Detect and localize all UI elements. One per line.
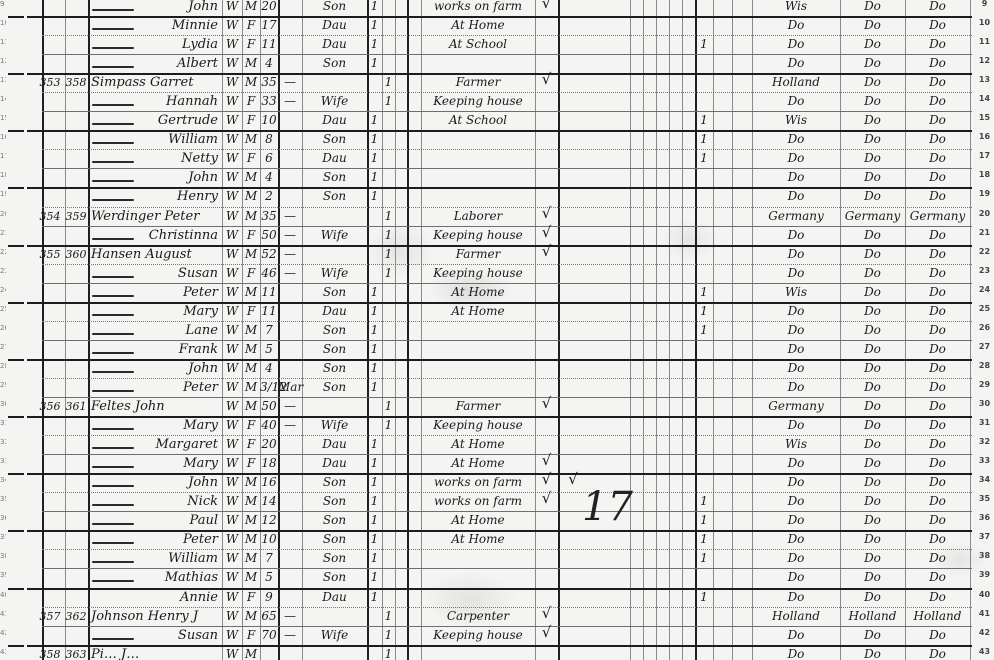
father-birthplace-cell: Germany (840, 207, 905, 226)
person-name: Susan (120, 264, 218, 283)
line-number: 28 (975, 359, 994, 378)
married-cell (382, 435, 395, 454)
dwelling-cell (36, 473, 64, 492)
person-name: Mary (120, 302, 218, 321)
age-cell: 33 (260, 92, 278, 111)
relation-cell (302, 207, 367, 226)
sex-cell: F (242, 149, 260, 168)
married-cell: 1 (382, 397, 395, 416)
age-cell: 5 (260, 568, 278, 587)
single-cell (367, 626, 382, 645)
family-cell (62, 168, 90, 187)
person-name: Nick (120, 492, 218, 511)
month-cell: — (278, 264, 302, 283)
sickness-cell (558, 245, 588, 264)
relation-cell: Son (302, 283, 367, 302)
color-cell: W (222, 435, 242, 454)
dwelling-cell: 357 (36, 607, 64, 626)
occupation-cell: At Home (421, 454, 535, 473)
left-line-number: 17 (0, 149, 6, 168)
birthplace-cell: Do (752, 264, 840, 283)
dwelling-cell (36, 511, 64, 530)
month-cell (278, 0, 302, 16)
relation-cell: Son (302, 187, 367, 206)
school-cell: 1 (695, 321, 713, 340)
line-number: 13 (975, 73, 994, 92)
sickness-cell (558, 588, 588, 607)
dwelling-cell (36, 568, 64, 587)
month-cell (278, 340, 302, 359)
single-cell (367, 226, 382, 245)
family-cell (62, 226, 90, 245)
left-line-number: 37 (0, 530, 6, 549)
dwelling-cell (36, 111, 64, 130)
sex-cell: M (242, 359, 260, 378)
school-cell (695, 359, 713, 378)
month-cell (278, 588, 302, 607)
relation-cell: Wife (302, 226, 367, 245)
sickness-cell (558, 397, 588, 416)
census-row: 3434JohnWM16Son1works on farm√√DoDoDo (0, 473, 994, 492)
left-line-number: 20 (0, 207, 6, 226)
left-line-number: 41 (0, 607, 6, 626)
month-cell: — (278, 207, 302, 226)
married-cell (382, 454, 395, 473)
occupation-cell (421, 588, 535, 607)
line-number: 16 (975, 130, 994, 149)
sex-cell: M (242, 54, 260, 73)
father-birthplace-cell: Do (840, 73, 905, 92)
mother-birthplace-cell: Do (905, 530, 970, 549)
color-cell: W (222, 454, 242, 473)
census-row: 2828JohnWM4Son1DoDoDo (0, 359, 994, 378)
dwelling-cell (36, 149, 64, 168)
census-row: 3030Feltes John356361WM50—1Farmer√German… (0, 397, 994, 416)
month-cell (278, 568, 302, 587)
color-cell: W (222, 245, 242, 264)
relation-cell: Son (302, 0, 367, 16)
color-cell: W (222, 588, 242, 607)
person-name: Lane (120, 321, 218, 340)
month-cell (278, 435, 302, 454)
color-cell: W (222, 492, 242, 511)
school-cell: 1 (695, 530, 713, 549)
single-cell (367, 264, 382, 283)
sickness-cell (558, 207, 588, 226)
sickness-cell (558, 54, 588, 73)
birthplace-cell: Do (752, 92, 840, 111)
mark-cell (535, 149, 558, 168)
father-birthplace-cell: Do (840, 588, 905, 607)
mark-cell (535, 92, 558, 111)
dwelling-cell (36, 549, 64, 568)
school-cell (695, 473, 713, 492)
census-row: 4141Johnson Henry J357362WM65—1Carpenter… (0, 607, 994, 626)
color-cell: W (222, 645, 242, 660)
single-cell: 1 (367, 168, 382, 187)
sex-cell: F (242, 454, 260, 473)
birthplace-cell: Do (752, 321, 840, 340)
school-cell: 1 (695, 283, 713, 302)
school-cell: 1 (695, 130, 713, 149)
school-cell (695, 378, 713, 397)
left-line-number: 31 (0, 416, 6, 435)
mark-cell: √ (535, 492, 558, 511)
census-row: 1010MinnieWF17Dau1At HomeDoDoDo (0, 16, 994, 35)
occupation-cell: Laborer (421, 207, 535, 226)
age-cell: 7 (260, 549, 278, 568)
mother-birthplace-cell: Do (905, 473, 970, 492)
age-cell: 14 (260, 492, 278, 511)
school-cell (695, 416, 713, 435)
single-cell: 1 (367, 359, 382, 378)
married-cell (382, 549, 395, 568)
left-line-number: 12 (0, 54, 6, 73)
mark-cell (535, 168, 558, 187)
occupation-cell: At Home (421, 435, 535, 454)
occupation-cell: At Home (421, 530, 535, 549)
relation-cell: Dau (302, 35, 367, 54)
month-cell: — (278, 626, 302, 645)
birthplace-cell: Do (752, 568, 840, 587)
person-name: William (120, 130, 218, 149)
age-cell: 8 (260, 130, 278, 149)
color-cell: W (222, 283, 242, 302)
color-cell: W (222, 92, 242, 111)
family-cell (62, 264, 90, 283)
color-cell: W (222, 168, 242, 187)
left-line-number: 9 (0, 0, 6, 16)
relation-cell: Dau (302, 302, 367, 321)
sickness-cell (558, 302, 588, 321)
month-cell: — (278, 607, 302, 626)
line-number: 42 (975, 626, 994, 645)
month-cell (278, 130, 302, 149)
mother-birthplace-cell: Do (905, 16, 970, 35)
line-number: 26 (975, 321, 994, 340)
person-name: Mary (120, 416, 218, 435)
age-cell: 70 (260, 626, 278, 645)
person-name: John (120, 473, 218, 492)
family-cell: 361 (62, 397, 90, 416)
birthplace-cell: Do (752, 168, 840, 187)
single-cell: 1 (367, 588, 382, 607)
school-cell: 1 (695, 35, 713, 54)
line-number: 18 (975, 168, 994, 187)
family-cell (62, 588, 90, 607)
occupation-cell (421, 149, 535, 168)
person-name: Pi… J… (91, 645, 221, 660)
age-cell: 11 (260, 35, 278, 54)
line-number: 37 (975, 530, 994, 549)
father-birthplace-cell: Do (840, 168, 905, 187)
left-line-number: 32 (0, 435, 6, 454)
mark-cell (535, 359, 558, 378)
relation-cell (302, 73, 367, 92)
father-birthplace-cell: Do (840, 35, 905, 54)
person-name: Annie (120, 588, 218, 607)
single-cell (367, 245, 382, 264)
birthplace-cell: Do (752, 302, 840, 321)
occupation-cell (421, 321, 535, 340)
census-row: 3131MaryWF40—Wife1Keeping houseDoDoDo (0, 416, 994, 435)
month-cell (278, 492, 302, 511)
married-cell (382, 54, 395, 73)
family-cell (62, 568, 90, 587)
married-cell (382, 340, 395, 359)
occupation-cell: Keeping house (421, 416, 535, 435)
month-cell (278, 302, 302, 321)
dwelling-cell (36, 530, 64, 549)
birthplace-cell: Germany (752, 207, 840, 226)
census-row: 4040AnnieWF9Dau11DoDoDo (0, 588, 994, 607)
age-cell: 35 (260, 207, 278, 226)
mother-birthplace-cell: Do (905, 92, 970, 111)
married-cell (382, 378, 395, 397)
person-name: Peter (120, 530, 218, 549)
school-cell (695, 168, 713, 187)
birthplace-cell: Do (752, 245, 840, 264)
person-name: Mathias (120, 568, 218, 587)
married-cell (382, 492, 395, 511)
occupation-cell: At School (421, 111, 535, 130)
sex-cell: M (242, 168, 260, 187)
left-line-number: 16 (0, 130, 6, 149)
dwelling-cell: 356 (36, 397, 64, 416)
person-name: Netty (120, 149, 218, 168)
birthplace-cell: Do (752, 16, 840, 35)
month-cell (278, 283, 302, 302)
left-line-number: 39 (0, 568, 6, 587)
left-line-number: 29 (0, 378, 6, 397)
single-cell: 1 (367, 0, 382, 16)
family-cell (62, 0, 90, 16)
birthplace-cell: Do (752, 149, 840, 168)
color-cell: W (222, 321, 242, 340)
mark-cell (535, 35, 558, 54)
dwelling-cell (36, 492, 64, 511)
birthplace-cell: Do (752, 359, 840, 378)
sex-cell: M (242, 568, 260, 587)
school-cell (695, 264, 713, 283)
age-cell: 4 (260, 168, 278, 187)
occupation-cell: At Home (421, 16, 535, 35)
relation-cell: Wife (302, 92, 367, 111)
married-cell (382, 511, 395, 530)
month-cell: — (278, 92, 302, 111)
birthplace-cell: Germany (752, 397, 840, 416)
mark-cell: √ (535, 0, 558, 16)
mother-birthplace-cell: Germany (905, 207, 970, 226)
dwelling-cell (36, 359, 64, 378)
mark-cell (535, 645, 558, 660)
person-name: Werdinger Peter (91, 207, 221, 226)
mother-birthplace-cell: Do (905, 454, 970, 473)
father-birthplace-cell: Do (840, 568, 905, 587)
birthplace-cell: Wis (752, 111, 840, 130)
mother-birthplace-cell: Do (905, 645, 970, 660)
birthplace-cell: Do (752, 511, 840, 530)
father-birthplace-cell: Do (840, 473, 905, 492)
dwelling-cell (36, 435, 64, 454)
relation-cell: Son (302, 473, 367, 492)
occupation-cell: At Home (421, 302, 535, 321)
mark-cell: √ (535, 397, 558, 416)
age-cell (260, 645, 278, 660)
sickness-cell (558, 92, 588, 111)
mother-birthplace-cell: Do (905, 187, 970, 206)
married-cell: 1 (382, 245, 395, 264)
person-name: Christinna (120, 226, 218, 245)
census-row: 3535NickWM14Son1works on farm√1DoDoDo (0, 492, 994, 511)
color-cell: W (222, 0, 242, 16)
color-cell: W (222, 187, 242, 206)
sex-cell: M (242, 340, 260, 359)
month-cell: — (278, 416, 302, 435)
birthplace-cell: Do (752, 226, 840, 245)
single-cell (367, 73, 382, 92)
month-cell (278, 473, 302, 492)
mother-birthplace-cell: Do (905, 73, 970, 92)
person-name: Albert (120, 54, 218, 73)
father-birthplace-cell: Do (840, 283, 905, 302)
occupation-cell: works on farm (421, 0, 535, 16)
left-line-number: 30 (0, 397, 6, 416)
father-birthplace-cell: Do (840, 492, 905, 511)
occupation-cell (421, 645, 535, 660)
month-cell (278, 549, 302, 568)
occupation-cell: works on farm (421, 473, 535, 492)
age-cell: 52 (260, 245, 278, 264)
line-number: 29 (975, 378, 994, 397)
single-cell: 1 (367, 549, 382, 568)
person-name: Simpass Garret (91, 73, 221, 92)
married-cell (382, 568, 395, 587)
color-cell: W (222, 207, 242, 226)
mother-birthplace-cell: Holland (905, 607, 970, 626)
left-line-number: 26 (0, 321, 6, 340)
relation-cell: Son (302, 378, 367, 397)
birthplace-cell: Wis (752, 283, 840, 302)
relation-cell: Son (302, 568, 367, 587)
left-line-number: 36 (0, 511, 6, 530)
family-cell (62, 492, 90, 511)
school-cell (695, 73, 713, 92)
father-birthplace-cell: Do (840, 187, 905, 206)
color-cell: W (222, 511, 242, 530)
father-birthplace-cell: Do (840, 378, 905, 397)
age-cell: 50 (260, 397, 278, 416)
left-line-number: 27 (0, 340, 6, 359)
age-cell: 65 (260, 607, 278, 626)
married-cell (382, 111, 395, 130)
married-cell (382, 130, 395, 149)
mother-birthplace-cell: Do (905, 340, 970, 359)
color-cell: W (222, 149, 242, 168)
sickness-cell (558, 321, 588, 340)
sex-cell: M (242, 492, 260, 511)
line-number: 15 (975, 111, 994, 130)
census-row: 2222Hansen August355360WM52—1Farmer√DoDo… (0, 245, 994, 264)
dwelling-cell (36, 283, 64, 302)
census-row: 1515GertrudeWF10Dau1At School1WisDoDo (0, 111, 994, 130)
census-row: 3939MathiasWM5Son1DoDoDo (0, 568, 994, 587)
line-number: 27 (975, 340, 994, 359)
occupation-cell (421, 130, 535, 149)
month-cell (278, 321, 302, 340)
sex-cell: M (242, 207, 260, 226)
color-cell: W (222, 378, 242, 397)
sickness-cell (558, 626, 588, 645)
census-row: 1616WilliamWM8Son11DoDoDo (0, 130, 994, 149)
relation-cell: Dau (302, 588, 367, 607)
line-number: 21 (975, 226, 994, 245)
sex-cell: M (242, 607, 260, 626)
mother-birthplace-cell: Do (905, 111, 970, 130)
relation-cell (302, 645, 367, 660)
month-cell (278, 111, 302, 130)
school-cell (695, 92, 713, 111)
married-cell (382, 530, 395, 549)
person-name: Minnie (120, 16, 218, 35)
line-number: 32 (975, 435, 994, 454)
mark-cell (535, 302, 558, 321)
color-cell: W (222, 54, 242, 73)
single-cell: 1 (367, 111, 382, 130)
person-name: John (120, 0, 218, 16)
single-cell (367, 645, 382, 660)
single-cell: 1 (367, 283, 382, 302)
school-cell: 1 (695, 588, 713, 607)
sex-cell: F (242, 16, 260, 35)
age-cell: 5 (260, 340, 278, 359)
family-cell (62, 16, 90, 35)
census-row: 3232MargaretWF20Dau1At HomeWisDoDo (0, 435, 994, 454)
occupation-cell: Farmer (421, 245, 535, 264)
census-row: 1313Simpass Garret353358WM35—1Farmer√Hol… (0, 73, 994, 92)
dwelling-cell (36, 626, 64, 645)
mother-birthplace-cell: Do (905, 283, 970, 302)
mother-birthplace-cell: Do (905, 416, 970, 435)
dwelling-cell (36, 35, 64, 54)
color-cell: W (222, 302, 242, 321)
occupation-cell: Keeping house (421, 626, 535, 645)
sex-cell: M (242, 378, 260, 397)
father-birthplace-cell: Do (840, 54, 905, 73)
line-number: 30 (975, 397, 994, 416)
line-number: 12 (975, 54, 994, 73)
sickness-cell (558, 149, 588, 168)
relation-cell: Son (302, 321, 367, 340)
relation-cell: Son (302, 168, 367, 187)
age-cell: 50 (260, 226, 278, 245)
married-cell (382, 473, 395, 492)
line-number: 39 (975, 568, 994, 587)
birthplace-cell: Do (752, 130, 840, 149)
dwelling-cell: 354 (36, 207, 64, 226)
relation-cell: Dau (302, 454, 367, 473)
line-number: 17 (975, 149, 994, 168)
single-cell: 1 (367, 378, 382, 397)
sickness-cell (558, 35, 588, 54)
occupation-cell: Farmer (421, 73, 535, 92)
school-cell (695, 16, 713, 35)
census-row: 1111LydiaWF11Dau1At School1DoDoDo (0, 35, 994, 54)
occupation-cell: At Home (421, 283, 535, 302)
sex-cell: F (242, 226, 260, 245)
birthplace-cell: Wis (752, 435, 840, 454)
single-cell: 1 (367, 454, 382, 473)
